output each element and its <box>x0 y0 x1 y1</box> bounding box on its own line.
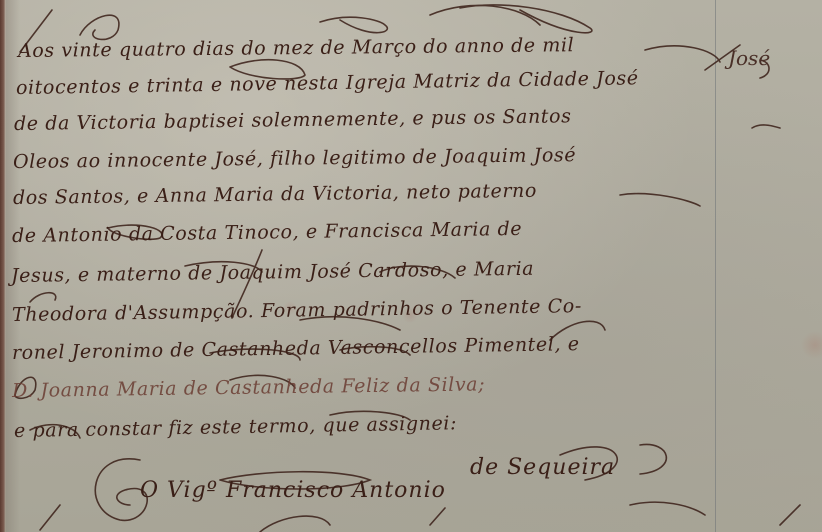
manuscript-line-7: Jesus, e materno de Joaquim José Cardoso… <box>11 258 534 287</box>
margin-rule-line <box>715 0 716 532</box>
manuscript-line-5: dos Santos, e Anna Maria da Victoria, ne… <box>13 180 537 209</box>
manuscript-line-1: Aos vinte quatro dias do mez de Março do… <box>18 34 575 62</box>
manuscript-line-4: Oleos ao innocente José, filho legitimo … <box>13 144 576 173</box>
manuscript-line-11: e para constar fiz este termo, que assig… <box>14 412 457 442</box>
manuscript-line-3: de da Victoria baptisei solemnemente, e … <box>14 105 572 135</box>
priest-signature-surname: de Sequeira <box>470 455 615 480</box>
manuscript-line-2: oitocentos e trinta e nove nesta Igreja … <box>16 67 639 99</box>
manuscript-page: Aos vinte quatro dias do mez de Março do… <box>0 0 822 532</box>
manuscript-line-9: ronel Jeronimo de Castanheda Vasconcello… <box>12 333 580 364</box>
margin-note: José <box>728 46 770 70</box>
manuscript-line-10: D. Joanna Maria de Castanheda Feliz da S… <box>12 373 485 402</box>
manuscript-line-8: Theodora d'Assumpção. Foram padrinhos o … <box>12 295 582 326</box>
manuscript-line-6: de Antonio da Costa Tinoco, e Francisca … <box>12 218 522 247</box>
priest-signature: O Vigº Francisco Antonio <box>140 478 446 503</box>
